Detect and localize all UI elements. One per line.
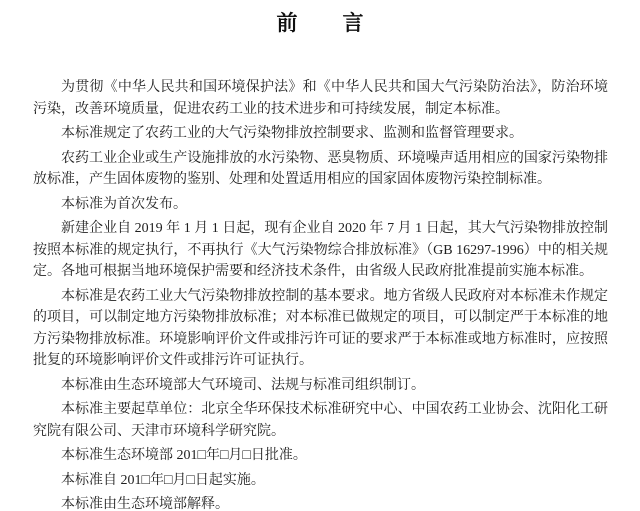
- paragraph-basic-requirements: 本标准是农药工业大气污染物排放控制的基本要求。地方省级人民政府对本标准未作规定的…: [33, 286, 608, 372]
- paragraph-effective-date: 本标准自 201□年□月□日起实施。: [33, 470, 608, 492]
- paragraph-interpretation: 本标准由生态环境部解释。: [33, 494, 608, 511]
- document-body: 为贯彻《中华人民共和国环境保护法》和《中华人民共和国大气污染防治法》，防治环境污…: [33, 77, 608, 511]
- paragraph-other-standards: 农药工业企业或生产设施排放的水污染物、恶臭物质、环境噪声适用相应的国家污染物排放…: [33, 148, 608, 191]
- paragraph-drafting-units: 本标准主要起草单位：北京全华环保技术标准研究中心、中国农药工业协会、沈阳化工研究…: [33, 399, 608, 442]
- paragraph-implementation: 新建企业自 2019 年 1 月 1 日起，现有企业自 2020 年 7 月 1…: [33, 218, 608, 283]
- paragraph-purpose: 为贯彻《中华人民共和国环境保护法》和《中华人民共和国大气污染防治法》，防治环境污…: [33, 77, 608, 120]
- paragraph-first-issue: 本标准为首次发布。: [33, 194, 608, 216]
- paragraph-organizer: 本标准由生态环境部大气环境司、法规与标准司组织制订。: [33, 375, 608, 397]
- document-title: 前 言: [33, 10, 608, 36]
- paragraph-approval-date: 本标准生态环境部 201□年□月□日批准。: [33, 445, 608, 467]
- document-page: 前 言 为贯彻《中华人民共和国环境保护法》和《中华人民共和国大气污染防治法》，防…: [0, 0, 640, 511]
- paragraph-scope: 本标准规定了农药工业的大气污染物排放控制要求、监测和监督管理要求。: [33, 123, 608, 145]
